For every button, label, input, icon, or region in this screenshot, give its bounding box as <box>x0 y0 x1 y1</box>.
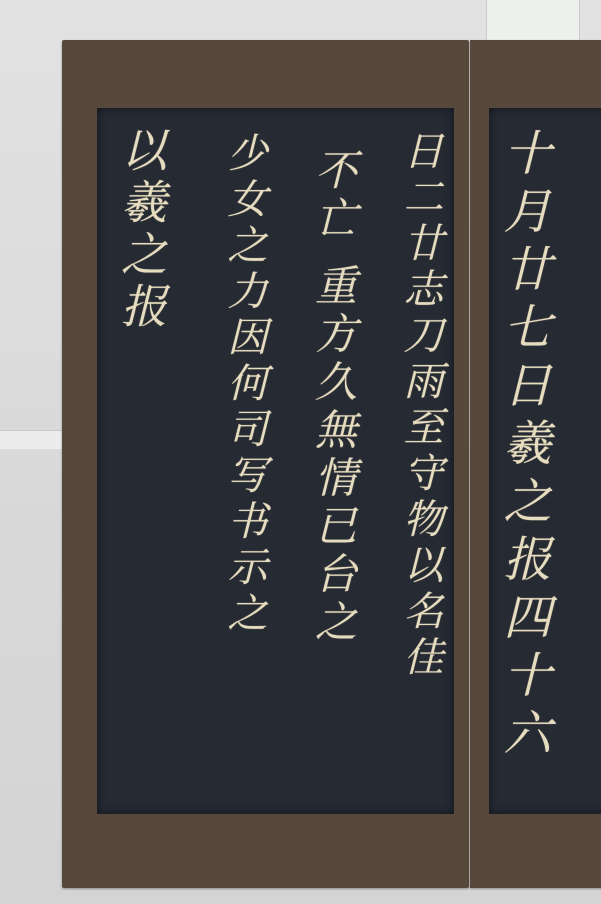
calligraphy-column-2: 不亡 重方久無情已台之 <box>312 148 354 647</box>
left-rubbing-panel: 日二廿志刀雨至守物以名佳 不亡 重方久無情已台之 少女之力因何司写书示之 以羲之… <box>97 108 454 814</box>
paper-strip <box>0 430 62 449</box>
calligraphy-column-right: 十月廿七日羲之报四十六 <box>499 128 547 766</box>
right-rubbing-panel: 十月廿七日羲之报四十六 <box>489 108 601 814</box>
calligraphy-column-1: 日二廿志刀雨至守物以名佳 <box>400 130 440 682</box>
calligraphy-column-4: 以羲之报 <box>118 126 164 334</box>
paper-tab <box>486 0 580 42</box>
calligraphy-column-3: 少女之力因何司写书示之 <box>224 132 264 638</box>
